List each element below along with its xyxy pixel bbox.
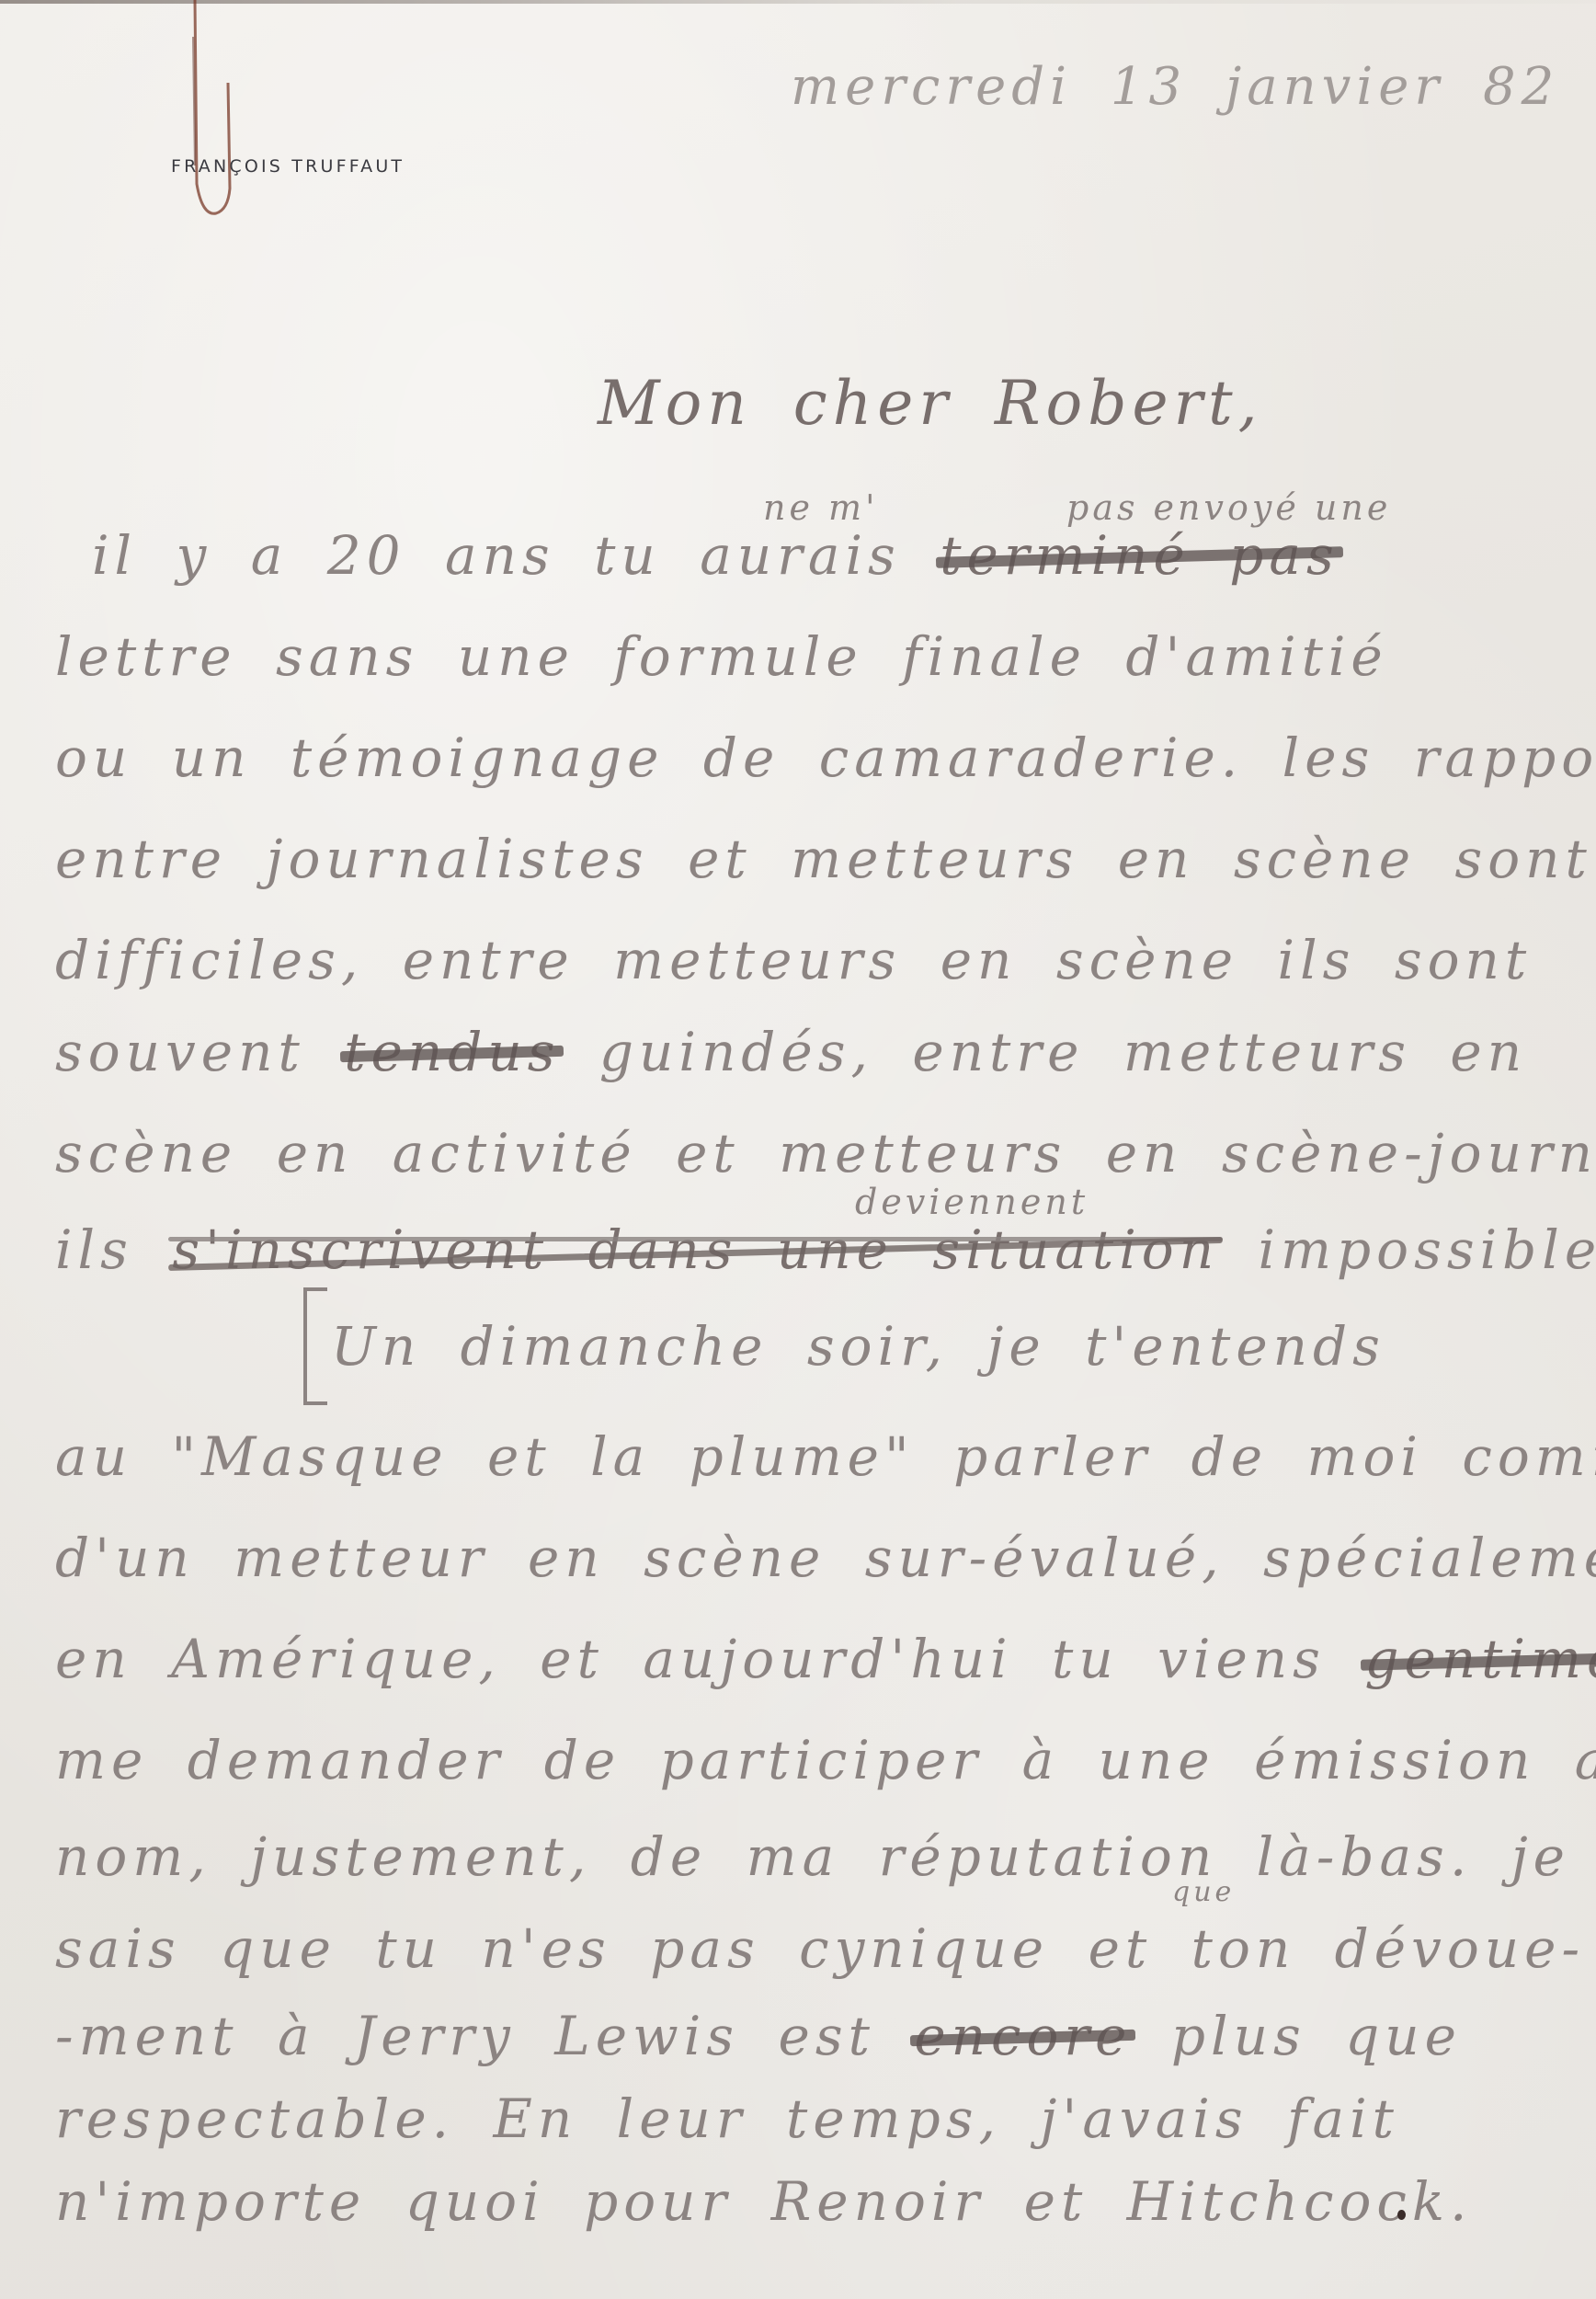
line-text: impossibles.: [1259, 1218, 1596, 1281]
salutation: Mon cher Robert,: [598, 368, 1263, 439]
paperclip-stain-icon: [175, 0, 248, 230]
line-text: en Amérique, et aujourd'hui tu viens: [55, 1628, 1326, 1690]
letter-line-5: difficiles, entre metteurs en scène ils …: [55, 929, 1532, 991]
paragraph-bracket-icon: [303, 1287, 327, 1405]
letter-line-7: scène en activité et metteurs en scène-j…: [55, 1122, 1596, 1184]
letter-page: FRANÇOIS TRUFFAUT mercredi 13 janvier 82…: [0, 0, 1596, 2299]
line-text: ils: [55, 1218, 133, 1281]
line-text: aurais: [700, 524, 901, 587]
letterhead: FRANÇOIS TRUFFAUT: [171, 156, 405, 177]
line-text: -ment à Jerry Lewis est: [55, 2005, 875, 2067]
letter-line-8: ils s'inscrivent dans une situation impo…: [55, 1218, 1596, 1281]
line-text: plus que: [1171, 2005, 1462, 2067]
letter-line-2: lettre sans une formule finale d'amitié: [55, 625, 1388, 688]
struck-text: terminé pas: [940, 524, 1339, 587]
ink-dot: [1397, 2210, 1406, 2220]
struck-text: tendus: [344, 1021, 560, 1083]
struck-text: gentiment: [1364, 1628, 1596, 1690]
letter-line-1: il y a 20 ans tu aurais terminé pas: [92, 524, 1339, 587]
letter-line-6: souvent tendus guindés, entre metteurs e…: [55, 1021, 1527, 1083]
insertion-ne-m: ne m': [763, 487, 879, 528]
letter-date: mercredi 13 janvier 82: [791, 57, 1559, 117]
insertion-deviennent: deviennent: [855, 1182, 1089, 1222]
letter-line-11: d'un metteur en scène sur-évalué, spécia…: [55, 1527, 1596, 1589]
line-text: il y a 20 ans tu: [92, 524, 661, 587]
struck-text: s'inscrivent dans une situation: [172, 1218, 1219, 1281]
letter-line-3: ou un témoignage de camaraderie. les rap…: [55, 726, 1596, 789]
line-text: souvent: [55, 1021, 305, 1083]
line-text: guindés, entre metteurs en: [599, 1021, 1527, 1083]
letter-line-9: Un dimanche soir, je t'entends: [331, 1315, 1385, 1378]
letter-line-4: entre journalistes et metteurs en scène …: [55, 828, 1592, 890]
letter-line-10: au "Masque et la plume" parler de moi co…: [55, 1425, 1596, 1488]
letter-line-14: nom, justement, de ma réputation là-bas.…: [55, 1825, 1570, 1888]
line-text: ton dévoue-: [1191, 1917, 1585, 1980]
letter-line-13: me demander de participer à une émission…: [55, 1729, 1596, 1791]
letter-line-18: n'importe quoi pour Renoir et Hitchcock.: [55, 2170, 1472, 2233]
letter-line-15: sais que tu n'es pas cynique et ton dévo…: [55, 1917, 1585, 1980]
letter-line-16: -ment à Jerry Lewis est encore plus que: [55, 2005, 1462, 2067]
struck-text: encore: [914, 2005, 1132, 2067]
letter-line-17: respectable. En leur temps, j'avais fait: [55, 2087, 1399, 2150]
insertion-pas-envoye-une: pas envoyé une: [1066, 487, 1391, 528]
letter-line-12: en Amérique, et aujourd'hui tu viens gen…: [55, 1628, 1596, 1690]
line-text: sais que tu n'es pas cynique et: [55, 1917, 1152, 1980]
insertion-que: que: [1172, 1876, 1235, 1908]
